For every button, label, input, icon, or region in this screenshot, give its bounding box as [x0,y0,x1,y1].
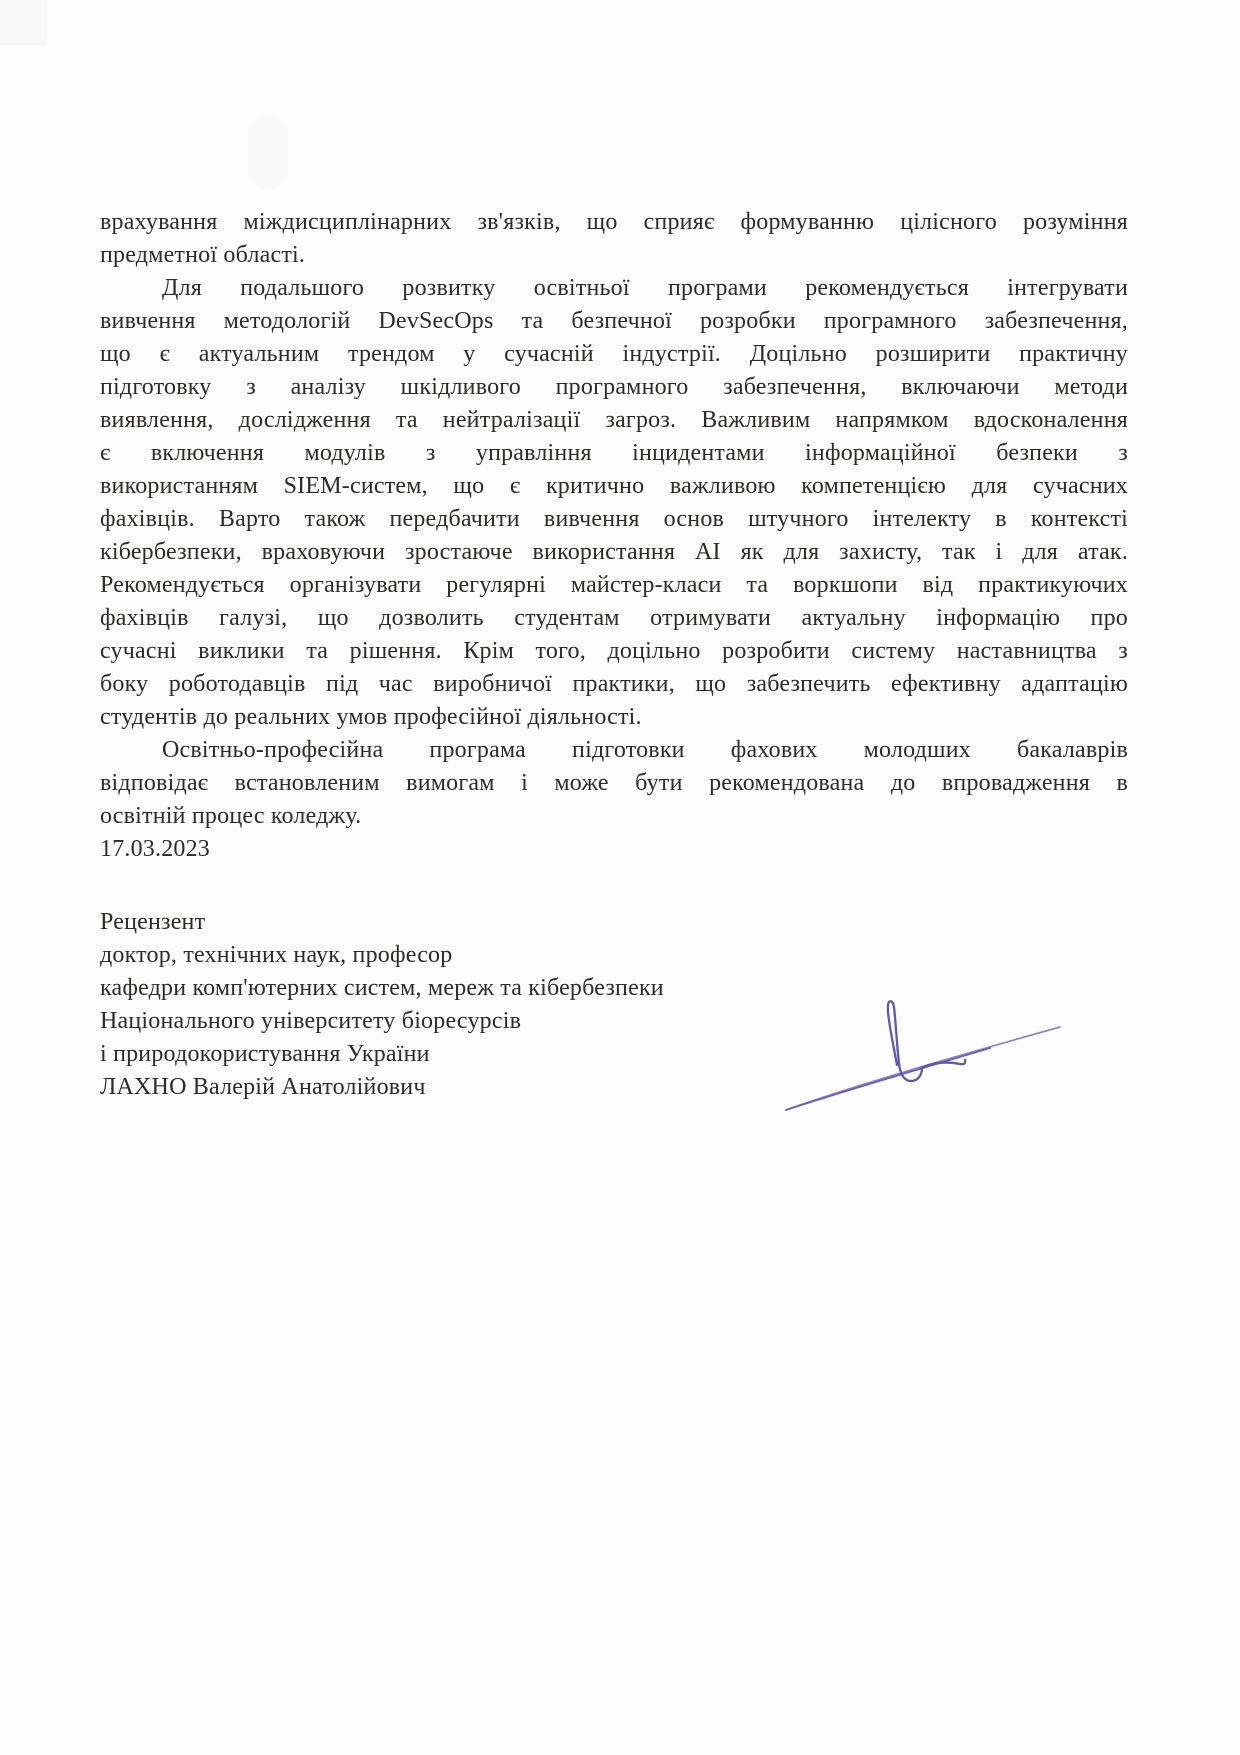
paragraph-conclusion: Освітньо-професійна програма підготовки … [100,734,1128,833]
text-line: що є актуальним трендом у сучасній індус… [100,338,1128,371]
text-line: фахівців. Варто також передбачити вивчен… [100,503,1128,536]
text-line: врахування міждисциплінарних зв'язків, щ… [100,206,1128,239]
reviewer-line: ЛАХНО Валерій Анатолійович [100,1071,1128,1104]
text-line: є включення модулів з управління інциден… [100,437,1128,470]
reviewer-block: Рецензентдоктор, технічних наук, професо… [100,906,1128,1104]
text-line: Для подальшого розвитку освітньої програ… [100,272,1128,305]
text-line: відповідає встановленим вимогам і може б… [100,767,1128,800]
reviewer-line: Рецензент [100,906,1128,939]
text-line: 17.03.2023 [100,833,1128,866]
text-line: вивчення методологій DevSecOps та безпеч… [100,305,1128,338]
text-line: кібербезпеки, враховуючи зростаюче викор… [100,536,1128,569]
text-line: предметної області. [100,239,1128,272]
text-line: сучасні виклики та рішення. Крім того, д… [100,635,1128,668]
text-line: фахівців галузі, що дозволить студентам … [100,602,1128,635]
text-line: підготовку з аналізу шкідливого програмн… [100,371,1128,404]
reviewer-line: і природокористування України [100,1038,1128,1071]
text-line: Освітньо-професійна програма підготовки … [100,734,1128,767]
text-line: виявлення, дослідження та нейтралізації … [100,404,1128,437]
text-line: Рекомендується організувати регулярні ма… [100,569,1128,602]
text-line: використанням SIEM-систем, що є критично… [100,470,1128,503]
document-body: врахування міждисциплінарних зв'язків, щ… [100,206,1128,1104]
paragraph-continuation: врахування міждисциплінарних зв'язків, щ… [100,206,1128,272]
reviewer-line: доктор, технічних наук, професор [100,939,1128,972]
date-line: 17.03.2023 [100,833,1128,866]
reviewer-line: кафедри комп'ютерних систем, мереж та кі… [100,972,1128,1005]
document-page: врахування міждисциплінарних зв'язків, щ… [0,0,1240,1755]
text-line: студентів до реальних умов професійної д… [100,701,1128,734]
scan-artifact-smudge [248,115,288,190]
text-line: боку роботодавців під час виробничої пра… [100,668,1128,701]
reviewer-line: Національного університету біоресурсів [100,1005,1128,1038]
text-line: освітній процес коледжу. [100,800,1128,833]
scan-corner-smudge [0,0,47,45]
paragraph-recommendations: Для подальшого розвитку освітньої програ… [100,272,1128,734]
